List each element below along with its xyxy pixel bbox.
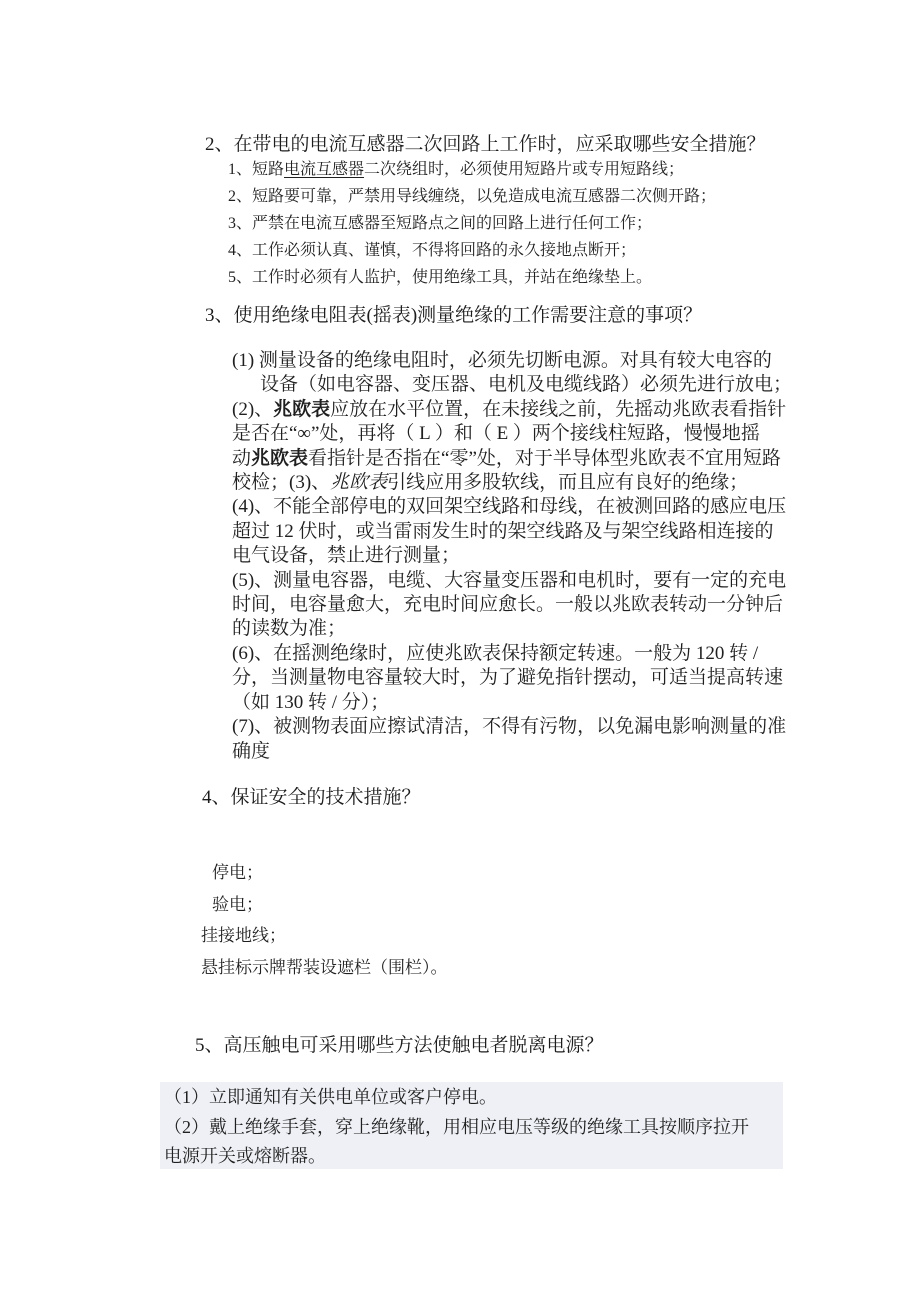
list-item-text: 1、短路: [228, 161, 284, 178]
text-segment: 引线应用多股软线，而且应有良好的绝缘；: [387, 472, 748, 493]
text-line: 确度: [232, 740, 792, 764]
italic-term: 兆欧表: [330, 472, 387, 493]
bold-term: 兆欧表: [251, 448, 308, 469]
text-segment: 看指针是否指在“零”处，对于半导体型兆欧表不宜用短路: [308, 448, 781, 469]
question-3-answer-text: (1) 测量设备的绝缘电阻时，必须先切断电源。对具有较大电容的 设备（如电容器、…: [232, 349, 792, 764]
text-line: (2)、兆欧表应放在水平位置，在未接线之前，先摇动兆欧表看指针: [232, 398, 792, 422]
text-line: 是否在“∞”处，再将（ L ）和（ E ）两个接线柱短路，慢慢地摇: [232, 422, 792, 446]
list-item: 停电；: [200, 857, 448, 889]
document-page: 2、在带电的电流互感器二次回路上工作时，应采取哪些安全措施？ 1、短路电流互感器…: [0, 0, 920, 1302]
text-segment: 应放在水平位置，在未接线之前，先摇动兆欧表看指针: [330, 399, 786, 420]
bold-term: 兆欧表: [273, 399, 330, 420]
text-segment: (2)、: [232, 399, 273, 420]
text-line: （2）戴上绝缘手套，穿上绝缘靴，用相应电压等级的绝缘工具按顺序拉开: [164, 1113, 783, 1143]
text-segment: 校检；(3)、: [232, 472, 330, 493]
text-line: 的读数为准；: [232, 617, 792, 641]
list-item: 5、工作时必须有人监护，使用绝缘工具，并站在绝缘垫上。: [228, 264, 716, 291]
text-line: 超过 12 伏时，或当雷雨发生时的架空线路及与架空线路相连接的: [232, 520, 792, 544]
text-line: (7)、被测物表面应擦试清洁，不得有污物，以免漏电影响测量的准: [232, 715, 792, 739]
text-line: 设备（如电容器、变压器、电机及电缆线路）必须先进行放电；: [232, 373, 792, 397]
text-line: （如 130 转 / 分）；: [232, 691, 792, 715]
text-line: 校检；(3)、兆欧表引线应用多股软线，而且应有良好的绝缘；: [232, 471, 792, 495]
list-item: 挂接地线；: [200, 920, 448, 952]
text-line: (5)、测量电容器，电缆、大容量变压器和电机时，要有一定的充电: [232, 569, 792, 593]
list-item: 3、严禁在电流互感器至短路点之间的回路上进行任何工作；: [228, 210, 716, 237]
text-line: (6)、在摇测绝缘时，应使兆欧表保持额定转速。一般为 120 转 /: [232, 642, 792, 666]
list-item: 悬挂标示牌帮装设遮栏（围栏）。: [200, 952, 448, 984]
question-2-title: 2、在带电的电流互感器二次回路上工作时，应采取哪些安全措施？: [205, 133, 766, 157]
text-line: （1）立即通知有关供电单位或客户停电。: [164, 1083, 783, 1113]
text-segment: 动: [232, 448, 251, 469]
question-3-title: 3、使用绝缘电阻表(摇表)测量绝缘的工作需要注意的事项？: [205, 304, 702, 328]
underlined-term: 电流互感器: [284, 161, 364, 178]
list-item: 2、短路要可靠，严禁用导线缠绕，以免造成电流互感器二次侧开路；: [228, 183, 716, 210]
list-item: 4、工作必须认真、谨慎，不得将回路的永久接地点断开；: [228, 237, 716, 264]
list-item: 验电；: [200, 889, 448, 921]
text-line: 电气设备，禁止进行测量；: [232, 544, 792, 568]
text-line: (1) 测量设备的绝缘电阻时，必须先切断电源。对具有较大电容的: [232, 349, 792, 373]
text-line: 分，当测量物电容量较大时，为了避免指针摆动，可适当提高转速: [232, 666, 792, 690]
text-line: 动兆欧表看指针是否指在“零”处，对于半导体型兆欧表不宜用短路: [232, 447, 792, 471]
highlighted-answer-box: （1）立即通知有关供电单位或客户停电。 （2）戴上绝缘手套，穿上绝缘靴，用相应电…: [160, 1082, 783, 1169]
question-2-answer-list: 1、短路电流互感器二次绕组时，必须使用短路片或专用短路线； 2、短路要可靠，严禁…: [228, 156, 716, 291]
text-line: (4)、不能全部停电的双回架空线路和母线，在被测回路的感应电压: [232, 495, 792, 519]
list-item-text: 二次绕组时，必须使用短路片或专用短路线；: [364, 161, 684, 178]
question-5-title: 5、高压触电可采用哪些方法使触电者脱离电源？: [195, 1034, 604, 1058]
question-4-answer-list: 停电； 验电； 挂接地线； 悬挂标示牌帮装设遮栏（围栏）。: [200, 857, 448, 983]
question-4-title: 4、保证安全的技术措施？: [202, 786, 421, 810]
text-line: 时间，电容量愈大，充电时间应愈长。一般以兆欧表转动一分钟后: [232, 593, 792, 617]
text-line: 电源开关或熔断器。: [164, 1142, 783, 1172]
list-item: 1、短路电流互感器二次绕组时，必须使用短路片或专用短路线；: [228, 156, 716, 183]
